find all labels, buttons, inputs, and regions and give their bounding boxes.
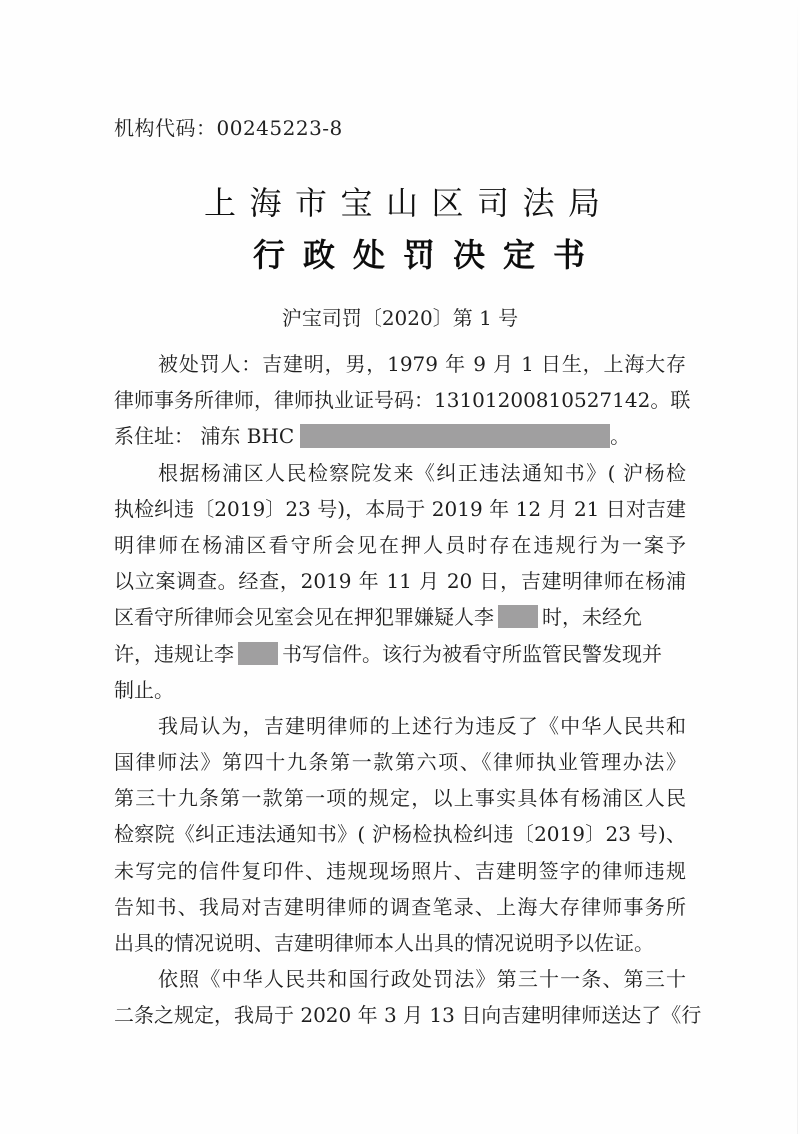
issuer-title: 上海市宝山区司法局	[204, 178, 614, 224]
text-line: 根据杨浦区人民检察院发来《纠正违法通知书》( 沪杨检	[114, 455, 686, 491]
redaction-block-name	[498, 605, 538, 628]
scan-edge	[797, 0, 798, 1134]
text-line: 制止。	[114, 672, 686, 708]
text-line: 检察院《纠正违法通知书》( 沪杨检执检纠违〔2019〕23 号)、	[114, 816, 686, 852]
text-line: 出具的情况说明、吉建明律师本人出具的情况说明予以佐证。	[114, 925, 686, 961]
paragraph-case-facts: 根据杨浦区人民检察院发来《纠正违法通知书》( 沪杨检执检纠违〔2019〕23 号…	[114, 455, 686, 708]
text-line: 区看守所律师会见室会见在押犯罪嫌疑人李时，未经允	[114, 599, 686, 635]
org-code-value: 00245223-8	[217, 116, 343, 140]
text-line: 我局认为，吉建明律师的上述行为违反了《中华人民共和	[114, 708, 686, 744]
text-line: 依照《中华人民共和国行政处罚法》第三十一条、第三十	[114, 961, 686, 997]
text-line: 系住址： 浦东 BHC。	[114, 418, 686, 454]
text-segment: 许，违规让李	[114, 642, 234, 666]
text-segment: 书写信件。该行为被看守所监管民警发现并	[282, 642, 662, 666]
document-body: 被处罚人：吉建明，男，1979 年 9 月 1 日生，上海大存律师事务所律师，律…	[114, 346, 686, 1034]
text-line: 第三十九条第一款第一项的规定，以上事实具体有杨浦区人民	[114, 780, 686, 816]
org-code: 机构代码：00245223-8	[114, 112, 343, 141]
paragraph-legal-basis: 依照《中华人民共和国行政处罚法》第三十一条、第三十二条之规定，我局于 2020 …	[114, 961, 686, 1033]
text-segment: 。	[610, 424, 630, 448]
text-line: 律师事务所律师，律师执业证号码：13101200810527142。联	[114, 382, 686, 418]
redaction-block-address	[300, 424, 610, 448]
text-segment: 时，未经允	[542, 605, 642, 629]
text-line: 执检纠违〔2019〕23 号)，本局于 2019 年 12 月 21 日对吉建	[114, 491, 686, 527]
document-page: 机构代码：00245223-8 上海市宝山区司法局 行政处罚决定书 沪宝司罚〔2…	[0, 0, 800, 1134]
text-line: 告知书、我局对吉建明律师的调查笔录、上海大存律师事务所	[114, 889, 686, 925]
document-number: 沪宝司罚〔2020〕第 1 号	[0, 302, 800, 331]
text-line: 未写完的信件复印件、违规现场照片、吉建明签字的律师违规	[114, 853, 686, 889]
redaction-block-name	[238, 642, 278, 665]
org-code-label: 机构代码：	[114, 116, 217, 140]
text-line: 许，违规让李书写信件。该行为被看守所监管民警发现并	[114, 636, 686, 672]
text-segment: 系住址： 浦东 BHC	[114, 424, 294, 448]
paragraph-finding: 我局认为，吉建明律师的上述行为违反了《中华人民共和国律师法》第四十九条第一款第六…	[114, 708, 686, 961]
document-title: 行政处罚决定书	[253, 230, 603, 276]
text-line: 明律师在杨浦区看守所会见在押人员时存在违规行为一案予	[114, 527, 686, 563]
text-line: 国律师法》第四十九条第一款第六项、《律师执业管理办法》	[114, 744, 686, 780]
text-segment: 区看守所律师会见室会见在押犯罪嫌疑人李	[114, 605, 494, 629]
text-line: 二条之规定，我局于 2020 年 3 月 13 日向吉建明律师送达了《行	[114, 997, 686, 1033]
text-line: 被处罚人：吉建明，男，1979 年 9 月 1 日生，上海大存	[114, 346, 686, 382]
text-line: 以立案调查。经查，2019 年 11 月 20 日，吉建明律师在杨浦	[114, 563, 686, 599]
paragraph-penalized-party: 被处罚人：吉建明，男，1979 年 9 月 1 日生，上海大存律师事务所律师，律…	[114, 346, 686, 455]
